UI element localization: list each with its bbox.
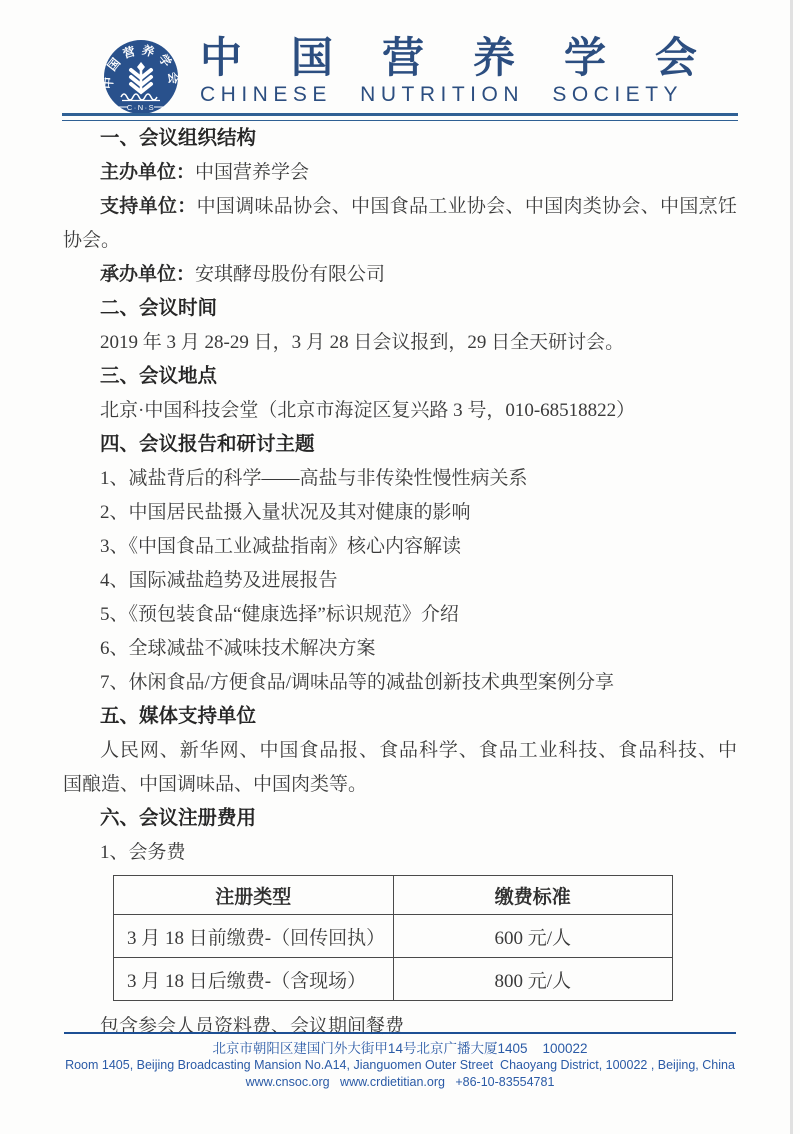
fee-standard-cell: 600 元/人 [393, 915, 673, 958]
document-page: 中国营养学会 C·N·S 中 国 营 养 学 会 CHI [0, 0, 800, 1134]
line-text: 二、会议时间 [100, 298, 217, 319]
body-line: 4、国际减盐趋势及进展报告 [63, 564, 737, 598]
body-line: 协会。 [63, 224, 737, 258]
line-text: 一、会议组织结构 [100, 128, 256, 149]
body-line: 3、《中国食品工业减盐指南》核心内容解读 [63, 530, 737, 564]
line-text: 中国营养学会 [195, 162, 309, 183]
line-text: 三、会议地点 [100, 366, 217, 387]
fee-type-cell: 3 月 18 日前缴费-（回传回执） [114, 915, 394, 958]
body-line: 人民网、新华网、中国食品报、食品科学、食品工业科技、食品科技、中 [63, 734, 737, 768]
org-name-cn-char: 中 [200, 36, 242, 82]
fee-table-row: 3 月 18 日前缴费-（回传回执） 600 元/人 [114, 915, 673, 958]
line-text: 国酿造、中国调味品、中国肉类等。 [63, 774, 367, 795]
line-text: 2、中国居民盐摄入量状况及其对健康的影响 [100, 502, 471, 523]
line-label: 支持单位： [100, 196, 197, 217]
line-text: 5、《预包装食品“健康选择”标识规范》介绍 [100, 604, 459, 625]
letterhead: 中国营养学会 C·N·S 中 国 营 养 学 会 CHI [0, 36, 800, 116]
fee-table-body: 3 月 18 日前缴费-（回传回执） 600 元/人 3 月 18 日后缴费-（… [114, 915, 673, 1001]
body-line: 2、中国居民盐摄入量状况及其对健康的影响 [63, 496, 737, 530]
scan-edge-artifact [790, 0, 793, 1134]
line-text: 1、会务费 [100, 842, 186, 863]
body-line: 5、《预包装食品“健康选择”标识规范》介绍 [63, 598, 737, 632]
org-name-cn-char: 会 [655, 36, 697, 82]
body-line: 7、休闲食品/方便食品/调味品等的减盐创新技术典型案例分享 [63, 666, 737, 700]
footer-contacts: www.cnsoc.org www.crdietitian.org +86-10… [0, 1074, 800, 1091]
section-heading: 三、会议地点 [63, 360, 737, 394]
line-text: 协会。 [63, 230, 120, 251]
line-label: 主办单位： [100, 162, 195, 183]
footer-address-en: Room 1405, Beijing Broadcasting Mansion … [0, 1057, 800, 1074]
section-heading: 五、媒体支持单位 [63, 700, 737, 734]
line-text: 中国调味品协会、中国食品工业协会、中国肉类协会、中国烹饪 [197, 196, 737, 217]
line-text: 4、国际减盐趋势及进展报告 [100, 570, 338, 591]
body-line: 北京·中国科技会堂（北京市海淀区复兴路 3 号，010-68518822） [63, 394, 737, 428]
section-heading: 四、会议报告和研讨主题 [63, 428, 737, 462]
org-title-block: 中 国 营 养 学 会 CHINESE NUTRITION SOCIETY [200, 36, 697, 107]
body-line: 6、全球减盐不减味技术解决方案 [63, 632, 737, 666]
section-heading: 二、会议时间 [63, 292, 737, 326]
footer-address-cn: 北京市朝阳区建国门外大街甲14号北京广播大厦1405 100022 [0, 1040, 800, 1057]
body-line: 承办单位：安琪酵母股份有限公司 [63, 258, 737, 292]
line-text: 3、《中国食品工业减盐指南》核心内容解读 [100, 536, 461, 557]
line-text: 人民网、新华网、中国食品报、食品科学、食品工业科技、食品科技、中 [100, 740, 737, 761]
line-text: 1、减盐背后的科学——高盐与非传染性慢性病关系 [100, 468, 528, 489]
line-text: 北京·中国科技会堂（北京市海淀区复兴路 3 号，010-68518822） [100, 400, 635, 421]
org-name-cn-char: 养 [473, 36, 515, 82]
line-text: 6、全球减盐不减味技术解决方案 [100, 638, 376, 659]
line-text: 7、休闲食品/方便食品/调味品等的减盐创新技术典型案例分享 [100, 672, 614, 693]
line-text: 六、会议注册费用 [100, 808, 256, 829]
section-heading: 六、会议注册费用 [63, 802, 737, 836]
line-text: 安琪酵母股份有限公司 [195, 264, 385, 285]
fee-table: 注册类型 缴费标准 3 月 18 日前缴费-（回传回执） 600 元/人 3 月… [113, 875, 673, 1001]
body-line: 主办单位：中国营养学会 [63, 156, 737, 190]
org-name-cn: 中 国 营 养 学 会 [200, 36, 697, 82]
cns-logo-icon: 中国营养学会 C·N·S [101, 37, 181, 117]
body-line: 支持单位：中国调味品协会、中国食品工业协会、中国肉类协会、中国烹饪 [63, 190, 737, 224]
body-line: 1、会务费 [63, 836, 737, 870]
body-line: 1、减盐背后的科学——高盐与非传染性慢性病关系 [63, 462, 737, 496]
footer-rule [64, 1032, 736, 1034]
org-name-cn-char: 国 [291, 36, 333, 82]
page-footer: 北京市朝阳区建国门外大街甲14号北京广播大厦1405 100022 Room 1… [0, 1032, 800, 1091]
line-label: 承办单位： [100, 264, 195, 285]
body-line: 国酿造、中国调味品、中国肉类等。 [63, 768, 737, 802]
document-body: 一、会议组织结构主办单位：中国营养学会支持单位：中国调味品协会、中国食品工业协会… [63, 122, 737, 1044]
body-lines: 一、会议组织结构主办单位：中国营养学会支持单位：中国调味品协会、中国食品工业协会… [63, 122, 737, 870]
body-line: 2019 年 3 月 28-29 日，3 月 28 日会议报到，29 日全天研讨… [63, 326, 737, 360]
org-name-cn-char: 营 [382, 36, 424, 82]
fee-table-header-type: 注册类型 [114, 876, 394, 915]
header-rule [62, 113, 738, 121]
fee-table-header-row: 注册类型 缴费标准 [114, 876, 673, 915]
section-heading: 一、会议组织结构 [63, 122, 737, 156]
org-name-en: CHINESE NUTRITION SOCIETY [200, 83, 697, 107]
logo-acronym: C·N·S [127, 103, 155, 112]
line-text: 五、媒体支持单位 [100, 706, 256, 727]
fee-standard-cell: 800 元/人 [393, 958, 673, 1001]
line-text: 四、会议报告和研讨主题 [100, 434, 315, 455]
line-text: 2019 年 3 月 28-29 日，3 月 28 日会议报到，29 日全天研讨… [100, 332, 624, 353]
fee-type-cell: 3 月 18 日后缴费-（含现场） [114, 958, 394, 1001]
fee-table-row: 3 月 18 日后缴费-（含现场） 800 元/人 [114, 958, 673, 1001]
fee-table-header-standard: 缴费标准 [393, 876, 673, 915]
org-name-cn-char: 学 [564, 36, 606, 82]
